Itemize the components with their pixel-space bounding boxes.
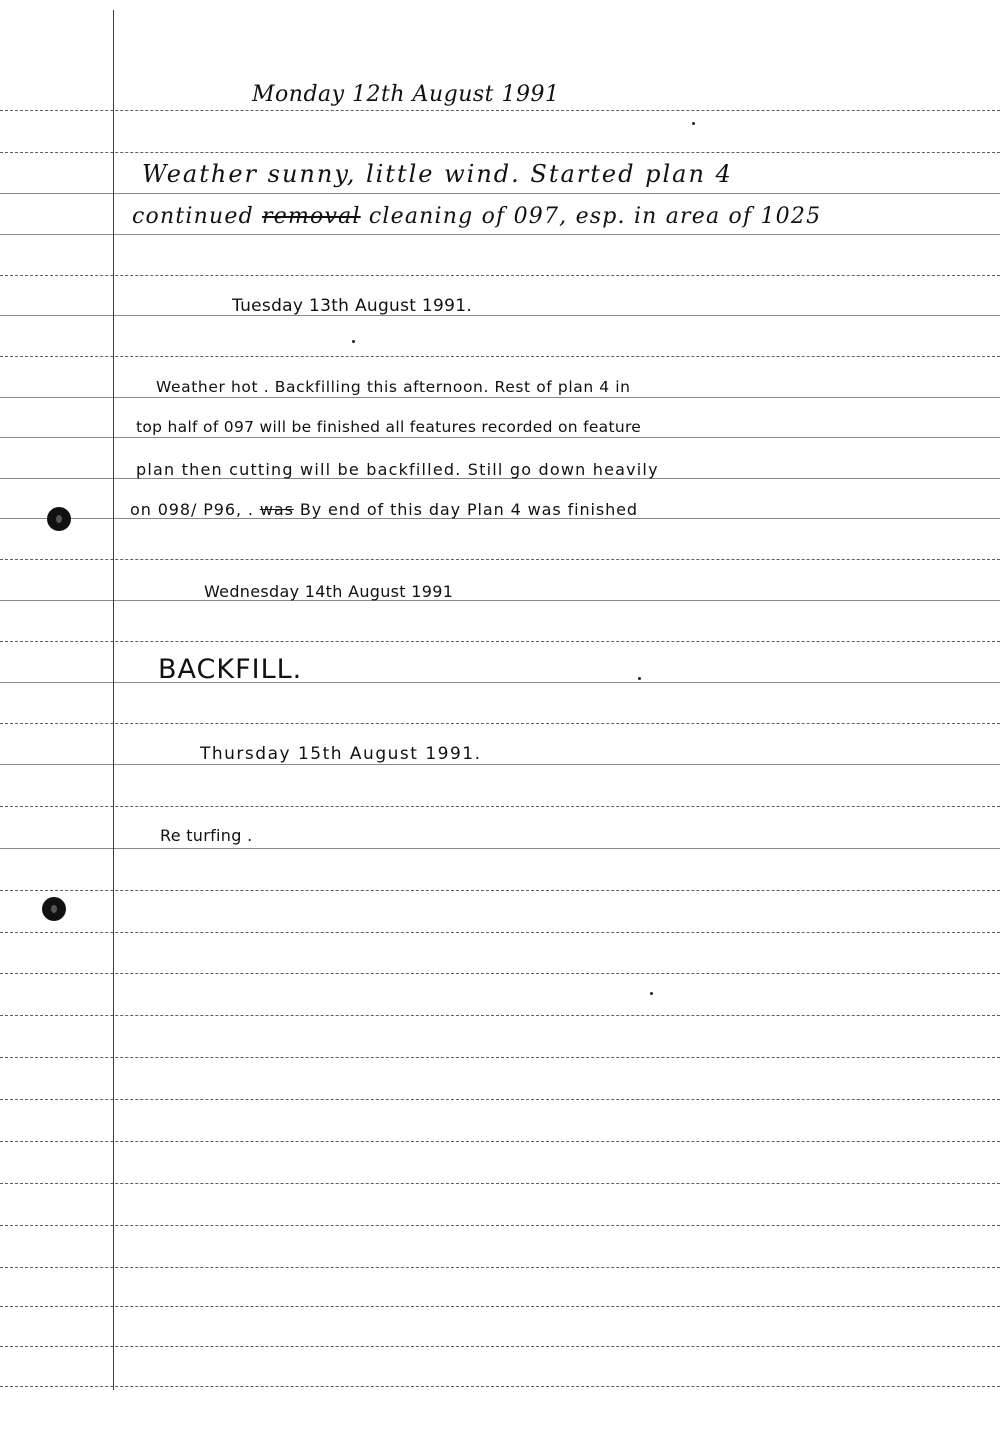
ruled-line xyxy=(0,234,1000,235)
ruled-line xyxy=(0,1267,1000,1268)
entry-text: on 098/ P96, . xyxy=(130,500,260,519)
ruled-line xyxy=(0,764,1000,765)
ruled-line xyxy=(0,275,1000,276)
entry-line: plan then cutting will be backfilled. St… xyxy=(136,460,659,479)
ink-mark xyxy=(638,677,641,680)
ruled-line xyxy=(0,682,1000,683)
entry-line: Weather sunny, little wind. Started plan… xyxy=(142,160,733,188)
ruled-line xyxy=(0,110,1000,111)
ruled-line xyxy=(0,1057,1000,1058)
struck-word: removal xyxy=(262,204,361,229)
entry-line: Re turfing . xyxy=(160,826,252,845)
ink-mark xyxy=(692,122,695,125)
ruled-line xyxy=(0,848,1000,849)
entry-date-monday: Monday 12th August 1991 xyxy=(252,82,559,107)
ruled-line xyxy=(0,1141,1000,1142)
ruled-line xyxy=(0,1346,1000,1347)
punch-hole xyxy=(42,897,66,921)
entry-line: top half of 097 will be finished all fea… xyxy=(136,418,641,436)
ruled-line xyxy=(0,806,1000,807)
ruled-line xyxy=(0,932,1000,933)
entry-text: cleaning of 097, esp. in area of 1025 xyxy=(361,204,822,229)
ruled-line xyxy=(0,1099,1000,1100)
ruled-line xyxy=(0,1306,1000,1307)
entry-date-thursday: Thursday 15th August 1991. xyxy=(200,744,482,764)
ruled-line xyxy=(0,890,1000,891)
ruled-line xyxy=(0,723,1000,724)
entry-text: By end of this day Plan 4 was finished xyxy=(294,500,638,519)
ruled-line xyxy=(0,1015,1000,1016)
ruled-line xyxy=(0,1183,1000,1184)
entry-text: continued xyxy=(132,204,262,229)
ruled-line xyxy=(0,152,1000,153)
ruled-line xyxy=(0,600,1000,601)
entry-date-wednesday: Wednesday 14th August 1991 xyxy=(204,582,453,601)
ruled-line xyxy=(0,973,1000,974)
entry-line: on 098/ P96, . was By end of this day Pl… xyxy=(130,500,638,519)
entry-line: BACKFILL. xyxy=(158,654,302,685)
ruled-line xyxy=(0,559,1000,560)
entry-line: Weather hot . Backfilling this afternoon… xyxy=(156,378,631,396)
ruled-line xyxy=(0,397,1000,398)
ink-mark xyxy=(650,992,653,995)
ruled-line xyxy=(0,193,1000,194)
ruled-line xyxy=(0,641,1000,642)
ruled-line xyxy=(0,315,1000,316)
ink-mark xyxy=(352,340,355,343)
notebook-page: Monday 12th August 1991 Weather sunny, l… xyxy=(0,0,1000,1429)
ruled-line xyxy=(0,356,1000,357)
entry-date-tuesday: Tuesday 13th August 1991. xyxy=(232,296,472,316)
ruled-line xyxy=(0,1225,1000,1226)
entry-line: continued removal cleaning of 097, esp. … xyxy=(132,204,821,229)
ruled-line xyxy=(0,437,1000,438)
struck-word: was xyxy=(260,500,294,519)
punch-hole xyxy=(47,507,71,531)
ruled-line xyxy=(0,1386,1000,1387)
